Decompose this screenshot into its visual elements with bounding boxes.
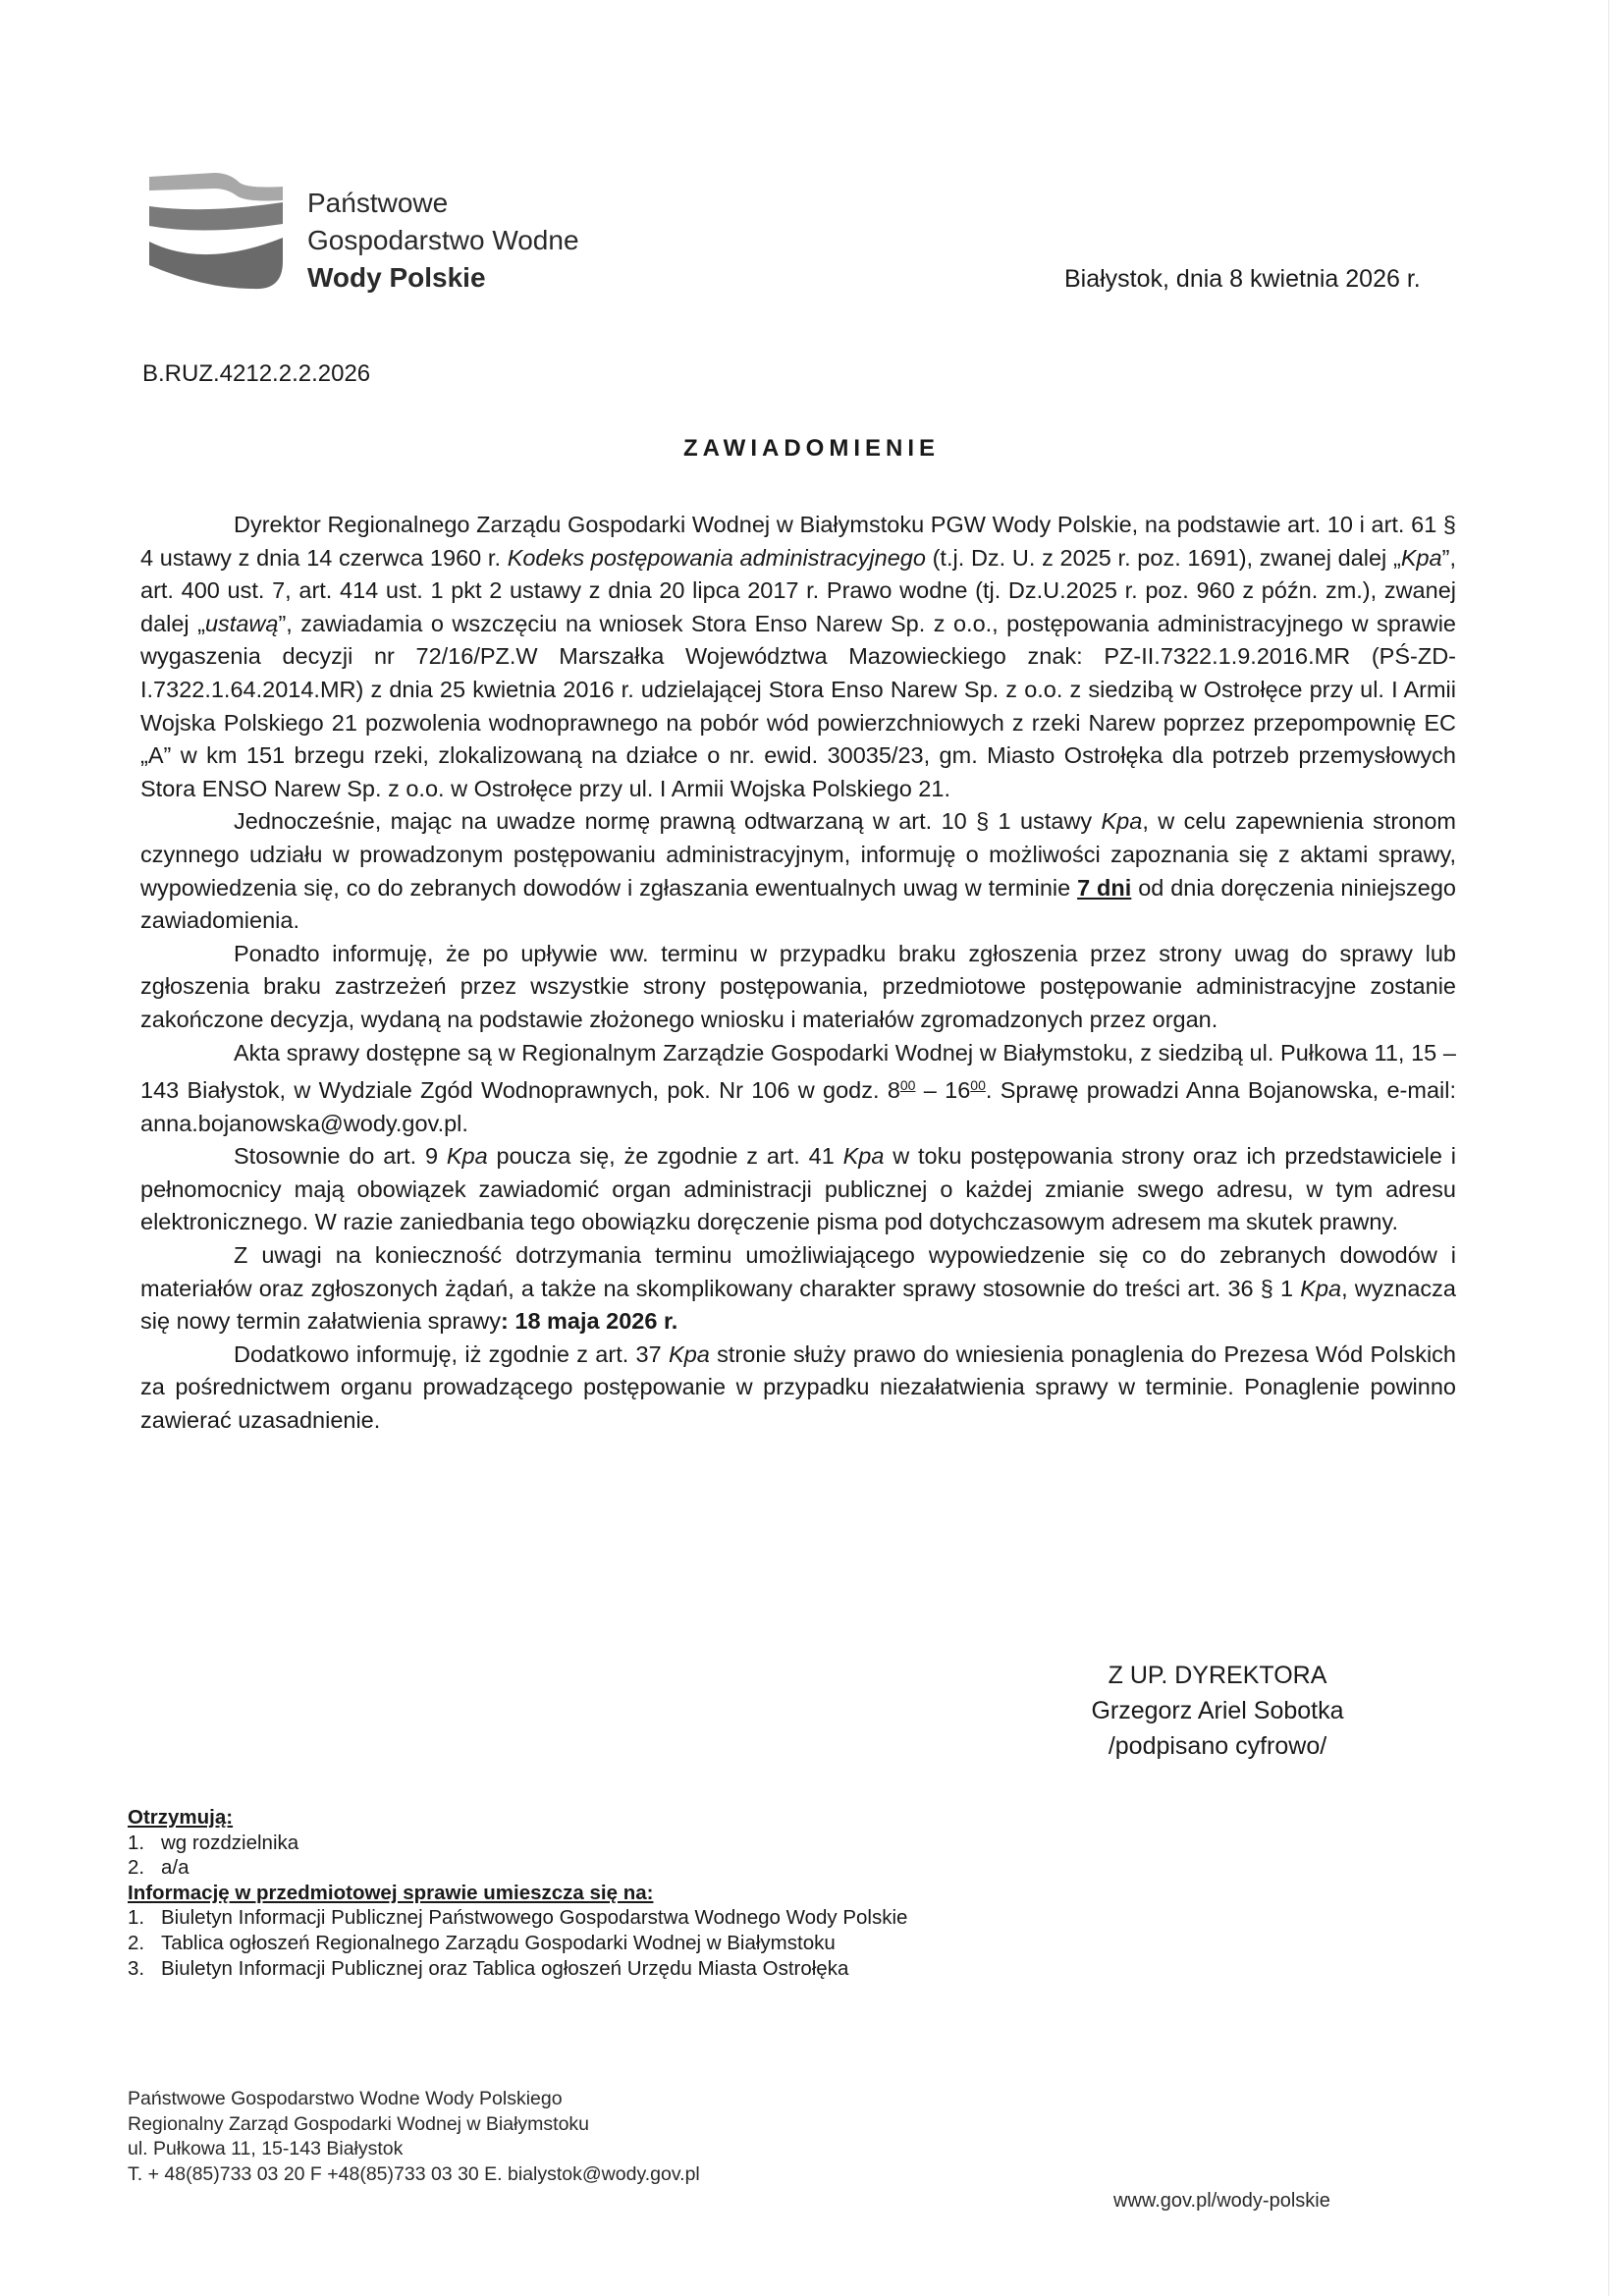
- signatory-name: Grzegorz Ariel Sobotka: [1021, 1693, 1414, 1728]
- item-text: a/a: [161, 1856, 189, 1879]
- item-text: wg rozdzielnika: [161, 1831, 298, 1854]
- item-text: Biuletyn Informacji Publicznej oraz Tabl…: [161, 1957, 848, 1980]
- text: poucza się, że zgodnie z art. 41: [488, 1143, 843, 1169]
- deadline-days: 7 dni: [1077, 875, 1131, 901]
- paragraph-5: Stosownie do art. 9 Kpa poucza się, że z…: [140, 1140, 1456, 1239]
- logo-line-2: Gospodarstwo Wodne: [307, 222, 579, 259]
- item-number: 1.: [128, 1905, 161, 1931]
- recipients-header: Otrzymują:: [128, 1805, 907, 1831]
- footer-line-1: Państwowe Gospodarstwo Wodne Wody Polski…: [128, 2087, 700, 2112]
- hours-start: 8: [888, 1077, 900, 1103]
- text: . Sprawę prowadzi Anna Bojanowska, e-mai…: [986, 1077, 1456, 1103]
- paragraph-6: Z uwagi na konieczność dotrzymania termi…: [140, 1239, 1456, 1339]
- text: –: [915, 1077, 945, 1103]
- paragraph-3: Ponadto informuję, że po upływie ww. ter…: [140, 938, 1456, 1037]
- text: ”, zawiadamia o wszczęciu na wniosek Sto…: [140, 611, 1456, 801]
- signature-note: /podpisano cyfrowo/: [1021, 1728, 1414, 1764]
- logo-line-1: Państwowe: [307, 185, 579, 222]
- logo: Państwowe Gospodarstwo Wodne Wody Polski…: [145, 167, 656, 314]
- contact-email: anna.bojanowska@wody.gov.pl: [140, 1111, 461, 1136]
- paragraph-1: Dyrektor Regionalnego Zarządu Gospodarki…: [140, 509, 1456, 805]
- document-page: Państwowe Gospodarstwo Wodne Wody Polski…: [0, 0, 1623, 2296]
- item-text: Biuletyn Informacji Publicznej Państwowe…: [161, 1906, 907, 1929]
- logo-wordmark: Państwowe Gospodarstwo Wodne Wody Polski…: [307, 185, 579, 297]
- recipient-item: 2.a/a: [128, 1855, 907, 1881]
- italic-text: Kpa: [843, 1143, 885, 1169]
- hours-start-minutes: 00: [900, 1077, 916, 1093]
- reference-number: B.RUZ.4212.2.2.2026: [142, 360, 370, 388]
- footer-address: Państwowe Gospodarstwo Wodne Wody Polski…: [128, 2087, 700, 2187]
- signature-authority: Z UP. DYREKTORA: [1021, 1658, 1414, 1693]
- item-number: 2.: [128, 1931, 161, 1956]
- publication-item: 2.Tablica ogłoszeń Regionalnego Zarządu …: [128, 1931, 907, 1956]
- footer-line-2: Regionalny Zarząd Gospodarki Wodnej w Bi…: [128, 2112, 700, 2138]
- publication-item: 1.Biuletyn Informacji Publicznej Państwo…: [128, 1905, 907, 1931]
- publication-item: 3.Biuletyn Informacji Publicznej oraz Ta…: [128, 1956, 907, 1982]
- footer-contact: T. + 48(85)733 03 20 F +48(85)733 03 30 …: [128, 2162, 700, 2188]
- italic-text: Kpa: [447, 1143, 488, 1169]
- paragraph-4: Akta sprawy dostępne są w Regionalnym Za…: [140, 1037, 1456, 1141]
- publication-header: Informację w przedmiotowej sprawie umies…: [128, 1881, 907, 1906]
- distribution-list: Otrzymują: 1.wg rozdzielnika 2.a/a Infor…: [128, 1805, 907, 1981]
- italic-text: Kpa: [669, 1341, 710, 1367]
- new-deadline-date: : 18 maja 2026 r.: [501, 1308, 677, 1334]
- italic-text: Kpa: [1300, 1276, 1341, 1301]
- item-text: Tablica ogłoszeń Regionalnego Zarządu Go…: [161, 1932, 836, 1954]
- place-date: Białystok, dnia 8 kwietnia 2026 r.: [1064, 265, 1421, 294]
- signature-block: Z UP. DYREKTORA Grzegorz Ariel Sobotka /…: [1021, 1658, 1414, 1764]
- text: Stosownie do art. 9: [234, 1143, 447, 1169]
- text: .: [461, 1111, 468, 1136]
- text: Z uwagi na konieczność dotrzymania termi…: [140, 1242, 1456, 1301]
- text: Jednocześnie, mając na uwadze normę praw…: [234, 808, 1102, 834]
- document-body: Dyrektor Regionalnego Zarządu Gospodarki…: [140, 509, 1456, 1438]
- italic-text: Kpa: [1102, 808, 1143, 834]
- document-title: ZAWIADOMIENIE: [0, 435, 1623, 463]
- footer-website: www.gov.pl/wody-polskie: [1113, 2190, 1330, 2213]
- hours-end: 16: [945, 1077, 970, 1103]
- hours-end-minutes: 00: [970, 1077, 986, 1093]
- scan-edge: [1608, 0, 1609, 2296]
- paragraph-2: Jednocześnie, mając na uwadze normę praw…: [140, 805, 1456, 937]
- recipient-item: 1.wg rozdzielnika: [128, 1831, 907, 1856]
- italic-text: Kodeks postępowania administracyjnego: [508, 545, 926, 571]
- wody-polskie-wave-logo-icon: [145, 167, 293, 314]
- text: (t.j. Dz. U. z 2025 r. poz. 1691), zwane…: [926, 545, 1401, 571]
- item-number: 2.: [128, 1855, 161, 1881]
- item-number: 3.: [128, 1956, 161, 1982]
- paragraph-7: Dodatkowo informuję, iż zgodnie z art. 3…: [140, 1339, 1456, 1438]
- footer-line-3: ul. Pułkowa 11, 15-143 Białystok: [128, 2137, 700, 2162]
- logo-line-3: Wody Polskie: [307, 259, 579, 297]
- italic-text: ustawą: [205, 611, 278, 636]
- text: Dodatkowo informuję, iż zgodnie z art. 3…: [234, 1341, 669, 1367]
- italic-text: Kpa: [1401, 545, 1442, 571]
- item-number: 1.: [128, 1831, 161, 1856]
